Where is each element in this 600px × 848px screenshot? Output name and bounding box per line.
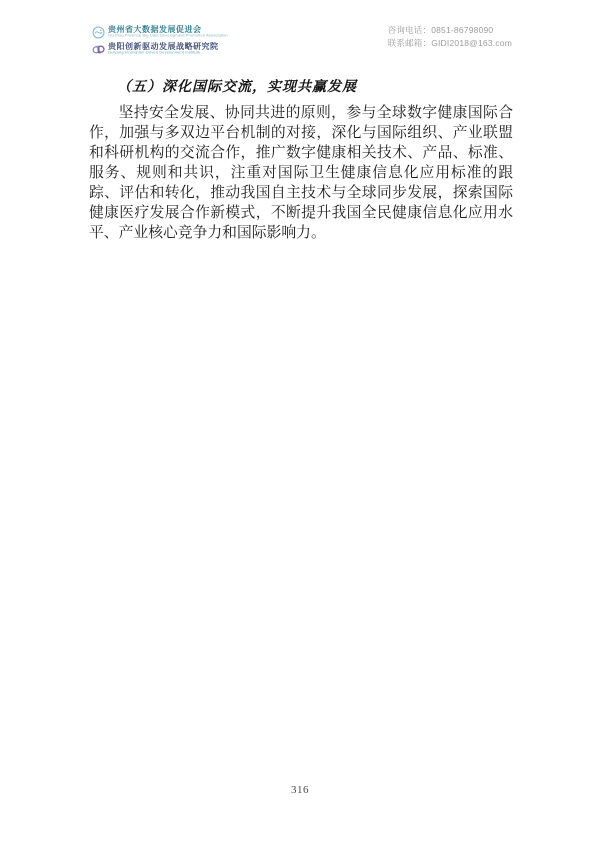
header-logo-block: 贵州省大数据发展促进会 Guizhou Province Big Data De… (92, 25, 262, 56)
header-contact-block: 咨询电话：0851-86798090 联系邮箱：GIDI2018@163.com (388, 24, 512, 50)
association-name-en: Guizhou Province Big Data Development Pr… (108, 34, 228, 38)
contact-phone-value: 0851-86798090 (431, 25, 493, 35)
contact-email-label: 联系邮箱： (388, 38, 432, 48)
association-logo: 贵州省大数据发展促进会 Guizhou Province Big Data De… (92, 25, 262, 39)
page-number: 316 (0, 784, 600, 796)
section-heading: （五）深化国际交流，实现共赢发展 (89, 76, 513, 96)
institute-name-en: Guiyang Innovation-Driven Development In… (108, 51, 200, 55)
contact-email-value: GIDI2018@163.com (431, 38, 512, 48)
contact-phone-label: 咨询电话： (388, 25, 432, 35)
document-content: （五）深化国际交流，实现共赢发展 坚持安全发展、协同共进的原则，参与全球数字健康… (89, 76, 513, 243)
association-badge-icon (92, 26, 105, 39)
institute-logo: 贵阳创新驱动发展战略研究院 Guiyang Innovation-Driven … (92, 42, 262, 56)
contact-phone: 咨询电话：0851-86798090 (388, 24, 512, 37)
institute-name: 贵阳创新驱动发展战略研究院 Guiyang Innovation-Driven … (108, 43, 226, 56)
contact-email: 联系邮箱：GIDI2018@163.com (388, 37, 512, 50)
association-name: 贵州省大数据发展促进会 Guizhou Province Big Data De… (108, 26, 262, 39)
body-paragraph: 坚持安全发展、协同共进的原则，参与全球数字健康国际合作，加强与多双边平台机制的对… (89, 103, 513, 243)
document-page: 贵州省大数据发展促进会 Guizhou Province Big Data De… (0, 0, 600, 848)
gidi-rings-icon (92, 43, 105, 56)
